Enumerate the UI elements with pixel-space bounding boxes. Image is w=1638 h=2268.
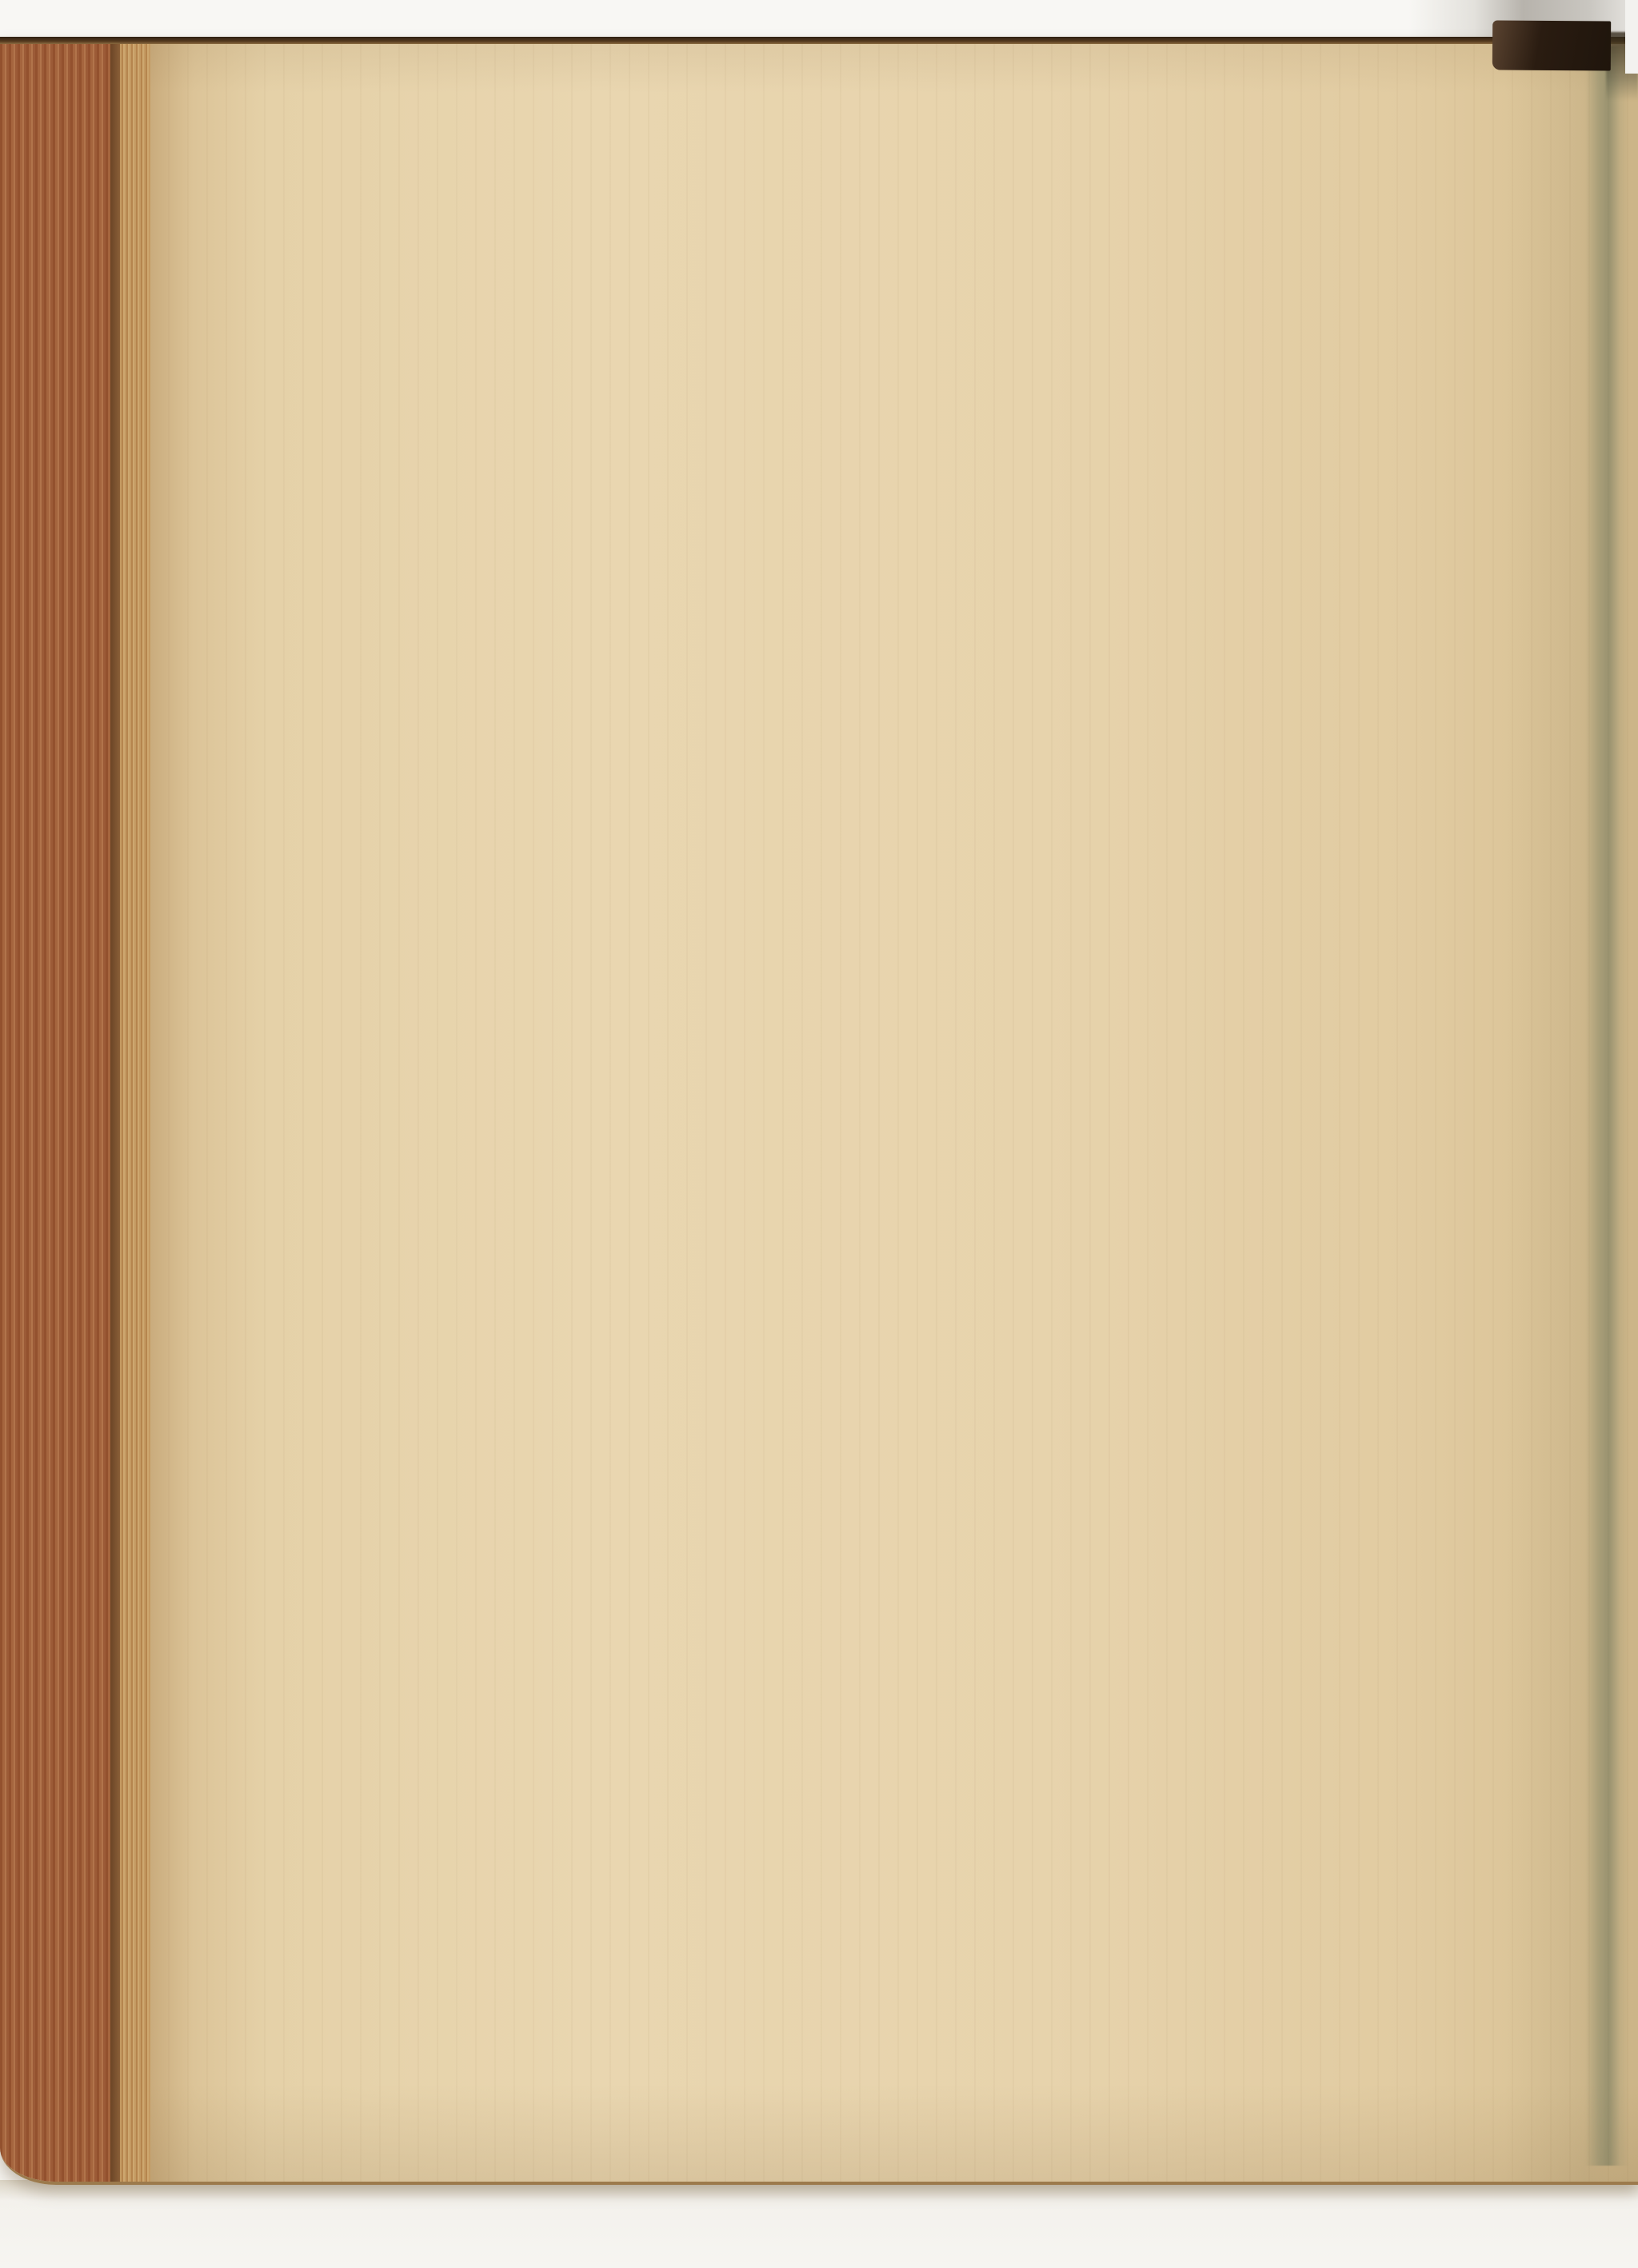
book-fore-edge (0, 37, 112, 2182)
binding-clamp-bottom (1544, 2164, 1604, 2268)
book-page-scan: 110 Tract.1.cap.2.quæſt.5.De Cognitione … (0, 0, 1638, 2268)
page-top-edge (0, 37, 1638, 44)
scanner-edge-sliver (1625, 0, 1638, 74)
scanner-background-bottom (0, 2180, 1638, 2268)
book-page (0, 37, 1638, 2185)
pressure-band (1585, 46, 1628, 2166)
page-edges-stack (120, 37, 150, 2182)
binding-clip-top (1492, 20, 1611, 70)
scanner-background-top (0, 0, 1638, 38)
paper-surface (149, 37, 1638, 2182)
fore-edge-seam (110, 37, 120, 2182)
